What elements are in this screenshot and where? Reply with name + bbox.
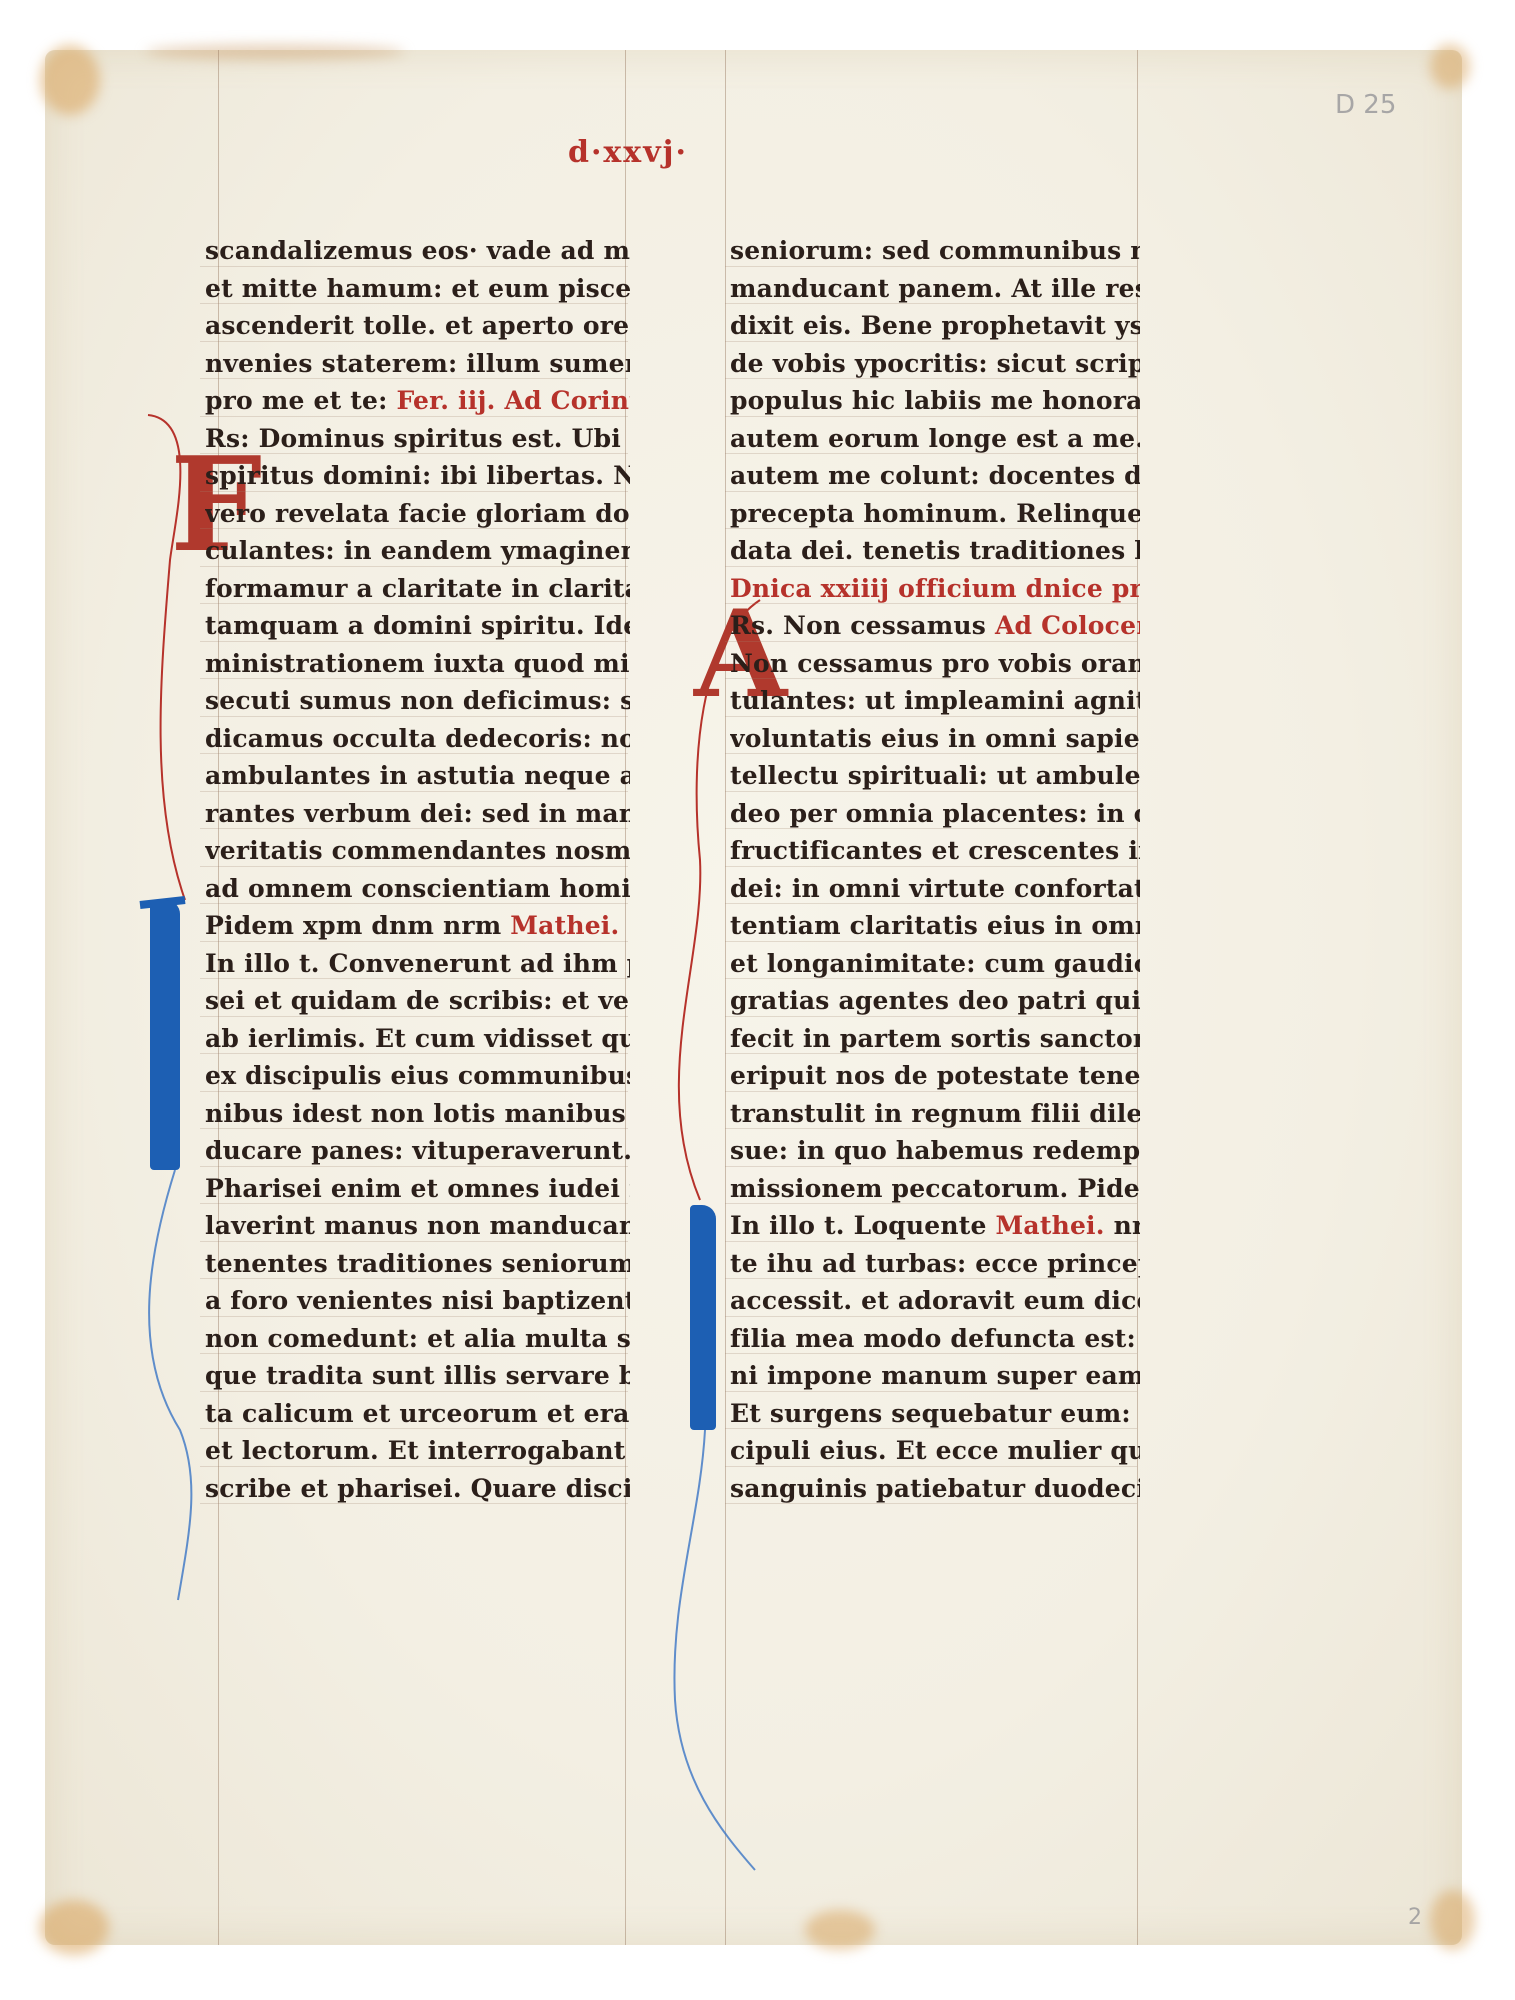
line-text: sanguinis patiebatur duodecim annis <box>730 1474 1140 1503</box>
ruling-line <box>200 1503 628 1504</box>
text-line: sanguinis patiebatur duodecim annis <box>730 1470 1140 1508</box>
text-line: ducare panes: vituperaverunt. <box>205 1132 630 1170</box>
ruling-line <box>200 1466 628 1467</box>
ruling-line <box>725 1241 1137 1242</box>
ruling-line <box>725 1016 1137 1017</box>
line-text: ni impone manum super eam vivet. <box>730 1361 1140 1390</box>
line-text: Pharisei enim et omnes iudei nisi crebro <box>205 1174 630 1203</box>
ruling-line <box>725 1128 1137 1129</box>
text-line: autem eorum longe est a me. In vanum <box>730 420 1140 458</box>
line-text: ducare panes: vituperaverunt. <box>205 1136 630 1165</box>
line-text: ambulantes in astutia neque adulte- <box>205 761 630 790</box>
text-line: manducant panem. At ille respondens <box>730 270 1140 308</box>
line-text: de vobis ypocritis: sicut scriptum est <box>730 349 1140 378</box>
line-text: formamur a claritate in claritatem: <box>205 574 630 603</box>
ruling-line <box>200 566 628 567</box>
rubric-text: Ad Colocenses. <box>986 611 1140 640</box>
line-text: dixit eis. Bene prophetavit ysaias <box>730 311 1140 340</box>
ruling-line <box>200 1241 628 1242</box>
ruling-line <box>725 903 1137 904</box>
text-line: veritatis commendantes nosmetipsos <box>205 832 630 870</box>
text-line: voluntatis eius in omni sapientia et in- <box>730 720 1140 758</box>
text-line: Et surgens sequebatur eum: et dis- <box>730 1395 1140 1433</box>
text-line: rantes verbum dei: sed in manifestatione <box>205 795 630 833</box>
line-text: tulantes: ut impleamini agnitione <box>730 686 1140 715</box>
ruling-line <box>200 453 628 454</box>
ruling-line <box>725 941 1137 942</box>
text-line: In illo t. Convenerunt ad ihm phari- <box>205 945 630 983</box>
ruling-line <box>725 341 1137 342</box>
line-text: non comedunt: et alia multa sunt <box>205 1324 630 1353</box>
text-line: ad omnem conscientiam hominum coram deo <box>205 870 630 908</box>
text-line: data dei. tenetis traditiones hominum. <box>730 532 1140 570</box>
line-text: precepta hominum. Relinquentes enim man- <box>730 499 1140 528</box>
ruling-line <box>200 528 628 529</box>
line-text: te ihu ad turbas: ecce princeps un- <box>730 1249 1140 1278</box>
ruling-line <box>725 566 1137 567</box>
text-line: de vobis ypocritis: sicut scriptum est <box>730 345 1140 383</box>
text-line: sei et quidam de scribis: et venientes <box>205 982 630 1020</box>
line-text: eripuit nos de potestate tenebrarum: et <box>730 1061 1140 1090</box>
rubric-text: Mathei. <box>501 911 619 940</box>
line-text: data dei. tenetis traditiones hominum. <box>730 536 1140 565</box>
line-text: ta calicum et urceorum et eramentorum <box>205 1399 630 1428</box>
line-text: In illo t. Loquente <box>730 1211 987 1240</box>
text-line: culantes: in eandem ymaginem trans- <box>205 532 630 570</box>
ruling-line <box>725 753 1137 754</box>
ruling-line <box>725 528 1137 529</box>
line-text: filia mea modo defuncta est: sed ve- <box>730 1324 1140 1353</box>
text-line: Rs. Non cessamus Ad Colocenses. <box>730 607 1140 645</box>
line-text: ascenderit tolle. et aperto ore eius i- <box>205 311 630 340</box>
line-text: et lectorum. Et interrogabant eum <box>205 1436 630 1465</box>
line-text: et mitte hamum: et eum piscem qui primus <box>205 274 630 303</box>
text-line: seniorum: sed communibus manibus <box>730 232 1140 270</box>
text-line: ambulantes in astutia neque adulte- <box>205 757 630 795</box>
text-line: et lectorum. Et interrogabant eum <box>205 1432 630 1470</box>
text-line: ab ierlimis. Et cum vidisset quosdam <box>205 1020 630 1058</box>
ruling-line <box>725 1391 1137 1392</box>
text-line: populus hic labiis me honorat: cor <box>730 382 1140 420</box>
text-line: precepta hominum. Relinquentes enim man- <box>730 495 1140 533</box>
line-text: tentiam claritatis eius in omni patienti… <box>730 911 1140 940</box>
rubric-text: Mathei. <box>987 1211 1105 1240</box>
ruling-line <box>200 266 628 267</box>
text-line: fructificantes et crescentes in scientia <box>730 832 1140 870</box>
ruling-line <box>200 1353 628 1354</box>
text-line: tentiam claritatis eius in omni patienti… <box>730 907 1140 945</box>
line-text: missionem peccatorum. Pidem xpm dnm <box>730 1174 1140 1203</box>
text-line: et longanimitate: cum gaudio gratias <box>730 945 1140 983</box>
ruling-line <box>725 678 1137 679</box>
ruling-line <box>200 1016 628 1017</box>
ruling-line <box>200 1391 628 1392</box>
line-text: autem eorum longe est a me. In vanum <box>730 424 1140 453</box>
line-text: gratias agentes deo patri qui dignos nos <box>730 986 1140 1015</box>
line-text: ministrationem iuxta quod misericordiam … <box>205 649 630 678</box>
text-line: fecit in partem sortis sanctorum in lumi… <box>730 1020 1140 1058</box>
ruling-line <box>200 1091 628 1092</box>
ruling-line <box>725 1466 1137 1467</box>
line-text: dicamus occulta dedecoris: non <box>205 724 630 753</box>
text-line: Pidem xpm dnm nrm Mathei. <box>205 907 630 945</box>
ruling-line <box>200 378 628 379</box>
text-line: eripuit nos de potestate tenebrarum: et <box>730 1057 1140 1095</box>
ruling-line <box>200 678 628 679</box>
ruling-line <box>725 1278 1137 1279</box>
ruling-line <box>200 978 628 979</box>
text-line: accessit. et adoravit eum dicens. Dne. <box>730 1282 1140 1320</box>
rubric-text: Fer. iij. Ad Corinthios. <box>388 386 630 415</box>
text-line: ex discipulis eius communibus ma- <box>205 1057 630 1095</box>
ruling-line <box>200 341 628 342</box>
line-text: Pidem xpm dnm nrm <box>205 911 501 940</box>
line-text: nvenies staterem: illum sumens da eis <box>205 349 630 378</box>
line-text: ex discipulis eius communibus ma- <box>205 1061 630 1090</box>
text-line: autem me colunt: docentes doctrinas et <box>730 457 1140 495</box>
ruling-line <box>725 1428 1137 1429</box>
ruling-line <box>725 716 1137 717</box>
line-text-after: nrm. <box>1105 1211 1140 1240</box>
line-text: In illo t. Convenerunt ad ihm phari- <box>205 949 630 978</box>
ruling-line <box>200 1316 628 1317</box>
ruling-line <box>200 1128 628 1129</box>
ruling-line <box>725 791 1137 792</box>
text-line: vero revelata facie gloriam domini spe- <box>205 495 630 533</box>
line-text: tamquam a domini spiritu. Ideo habentes … <box>205 611 630 640</box>
text-line: ascenderit tolle. et aperto ore eius i- <box>205 307 630 345</box>
text-line: transtulit in regnum filii dilectionis <box>730 1095 1140 1133</box>
text-line: pro me et te: Fer. iij. Ad Corinthios. <box>205 382 630 420</box>
line-text: secuti sumus non deficimus: sed ab- <box>205 686 630 715</box>
line-text: autem me colunt: docentes doctrinas et <box>730 461 1140 490</box>
ruling-line <box>200 416 628 417</box>
text-line: Non cessamus pro vobis orantes et pos- <box>730 645 1140 683</box>
line-text: populus hic labiis me honorat: cor <box>730 386 1140 415</box>
text-line: ni impone manum super eam vivet. <box>730 1357 1140 1395</box>
ruling-line <box>200 791 628 792</box>
line-text: dei: in omni virtute confortati. secundu… <box>730 874 1140 903</box>
ruling-line <box>725 1166 1137 1167</box>
line-text: Non cessamus pro vobis orantes et pos- <box>730 649 1140 678</box>
ruling-line <box>725 1503 1137 1504</box>
ruling-line <box>200 491 628 492</box>
text-line: scandalizemus eos· vade ad mare <box>205 232 630 270</box>
ruling-line <box>725 378 1137 379</box>
ruling-line <box>200 716 628 717</box>
ruling-line <box>200 903 628 904</box>
ruling-line <box>200 641 628 642</box>
line-text: laverint manus non manducant <box>205 1211 630 1240</box>
line-text: seniorum: sed communibus manibus <box>730 236 1140 265</box>
text-line: scribe et pharisei. Quare discipu- <box>205 1470 630 1508</box>
line-text: accessit. et adoravit eum dicens. Dne. <box>730 1286 1140 1315</box>
ruling-line <box>725 266 1137 267</box>
text-line: que tradita sunt illis servare baptisma- <box>205 1357 630 1395</box>
text-line: tamquam a domini spiritu. Ideo habentes … <box>205 607 630 645</box>
text-line: In illo t. Loquente Mathei. nrm. <box>730 1207 1140 1245</box>
text-line: secuti sumus non deficimus: sed ab- <box>205 682 630 720</box>
ruling-line <box>725 303 1137 304</box>
ruling-line <box>200 1203 628 1204</box>
line-text: ad omnem conscientiam hominum coram deo <box>205 874 630 903</box>
line-text: fructificantes et crescentes in scientia <box>730 836 1140 865</box>
line-text: cipuli eius. Et ecce mulier que fluxum <box>730 1436 1140 1465</box>
text-line: Pharisei enim et omnes iudei nisi crebro <box>205 1170 630 1208</box>
ruling-line <box>200 1428 628 1429</box>
ruling-line <box>725 491 1137 492</box>
line-text: vero revelata facie gloriam domini spe- <box>205 499 630 528</box>
rubric-text: Dnica xxiiij officium dnice precedentis <box>730 574 1140 603</box>
text-line: tulantes: ut impleamini agnitione <box>730 682 1140 720</box>
ruling-line <box>200 303 628 304</box>
line-text: sei et quidam de scribis: et venientes <box>205 986 630 1015</box>
line-text: scandalizemus eos· vade ad mare <box>205 236 630 265</box>
line-text: Rs. Non cessamus <box>730 611 986 640</box>
line-text: deo per omnia placentes: in omni opere b… <box>730 799 1140 828</box>
text-line: spiritus domini: ibi libertas. Nos <box>205 457 630 495</box>
ruling-line <box>200 753 628 754</box>
text-line: filia mea modo defuncta est: sed ve- <box>730 1320 1140 1358</box>
ruling-line <box>725 828 1137 829</box>
text-line: nvenies staterem: illum sumens da eis <box>205 345 630 383</box>
ruling-line <box>725 866 1137 867</box>
line-text: culantes: in eandem ymaginem trans- <box>205 536 630 565</box>
line-text: veritatis commendantes nosmetipsos <box>205 836 630 865</box>
ruling-line <box>200 603 628 604</box>
text-line: missionem peccatorum. Pidem xpm dnm <box>730 1170 1140 1208</box>
line-text: tellectu spirituali: ut ambuletis digne <box>730 761 1140 790</box>
text-line: laverint manus non manducant <box>205 1207 630 1245</box>
line-text: voluntatis eius in omni sapientia et in- <box>730 724 1140 753</box>
text-line: et mitte hamum: et eum piscem qui primus <box>205 270 630 308</box>
text-line: tenentes traditiones seniorum: et <box>205 1245 630 1283</box>
line-text: transtulit in regnum filii dilectionis <box>730 1099 1140 1128</box>
text-line: ministrationem iuxta quod misericordiam … <box>205 645 630 683</box>
line-text: que tradita sunt illis servare baptisma- <box>205 1361 630 1390</box>
ruling-line <box>200 1166 628 1167</box>
text-line: dixit eis. Bene prophetavit ysaias <box>730 307 1140 345</box>
line-text: spiritus domini: ibi libertas. Nos <box>205 461 630 490</box>
text-line: sue: in quo habemus redemptionem et re- <box>730 1132 1140 1170</box>
line-text: nibus idest non lotis manibus man- <box>205 1099 630 1128</box>
ruling-line <box>725 1091 1137 1092</box>
initial-i-blue <box>150 900 180 1170</box>
text-line: Dnica xxiiij officium dnice precedentis <box>730 570 1140 608</box>
ruling-line <box>725 1053 1137 1054</box>
ruling-line <box>725 641 1137 642</box>
text-line: gratias agentes deo patri qui dignos nos <box>730 982 1140 1020</box>
ruling-line <box>200 941 628 942</box>
ruling-line <box>725 1316 1137 1317</box>
line-text: ab ierlimis. Et cum vidisset quosdam <box>205 1024 630 1053</box>
ruling-line <box>725 453 1137 454</box>
line-text: tenentes traditiones seniorum: et <box>205 1249 630 1278</box>
line-text: Et surgens sequebatur eum: et dis- <box>730 1399 1140 1428</box>
text-line: dei: in omni virtute confortati. secundu… <box>730 870 1140 908</box>
ruling-line <box>725 603 1137 604</box>
ruling-line <box>725 416 1137 417</box>
ruling-line <box>725 1353 1137 1354</box>
line-text: a foro venientes nisi baptizentur <box>205 1286 630 1315</box>
text-line: deo per omnia placentes: in omni opere b… <box>730 795 1140 833</box>
line-text: pro me et te: <box>205 386 388 415</box>
ruling-line <box>200 1053 628 1054</box>
text-line: cipuli eius. Et ecce mulier que fluxum <box>730 1432 1140 1470</box>
text-line: non comedunt: et alia multa sunt <box>205 1320 630 1358</box>
text-line: te ihu ad turbas: ecce princeps un- <box>730 1245 1140 1283</box>
ruling-line <box>725 978 1137 979</box>
line-text: sue: in quo habemus redemptionem et re- <box>730 1136 1140 1165</box>
initial-i-blue-right <box>690 1205 716 1430</box>
ruling-line <box>200 828 628 829</box>
ruling-line <box>725 1203 1137 1204</box>
text-line: Rs: Dominus spiritus est. Ubi autem <box>205 420 630 458</box>
line-text: scribe et pharisei. Quare discipu- <box>205 1474 630 1503</box>
text-line: nibus idest non lotis manibus man- <box>205 1095 630 1133</box>
ruling-line <box>200 1278 628 1279</box>
line-text: Rs: Dominus spiritus est. Ubi autem <box>205 424 630 453</box>
line-text: fecit in partem sortis sanctorum in lumi… <box>730 1024 1140 1053</box>
line-text: rantes verbum dei: sed in manifestatione <box>205 799 630 828</box>
text-line: ta calicum et urceorum et eramentorum <box>205 1395 630 1433</box>
text-line: formamur a claritate in claritatem: <box>205 570 630 608</box>
text-line: dicamus occulta dedecoris: non <box>205 720 630 758</box>
text-line: tellectu spirituali: ut ambuletis digne <box>730 757 1140 795</box>
line-text: et longanimitate: cum gaudio gratias <box>730 949 1140 978</box>
line-text: manducant panem. At ille respondens <box>730 274 1140 303</box>
ruling-line <box>200 866 628 867</box>
text-line: a foro venientes nisi baptizentur <box>205 1282 630 1320</box>
